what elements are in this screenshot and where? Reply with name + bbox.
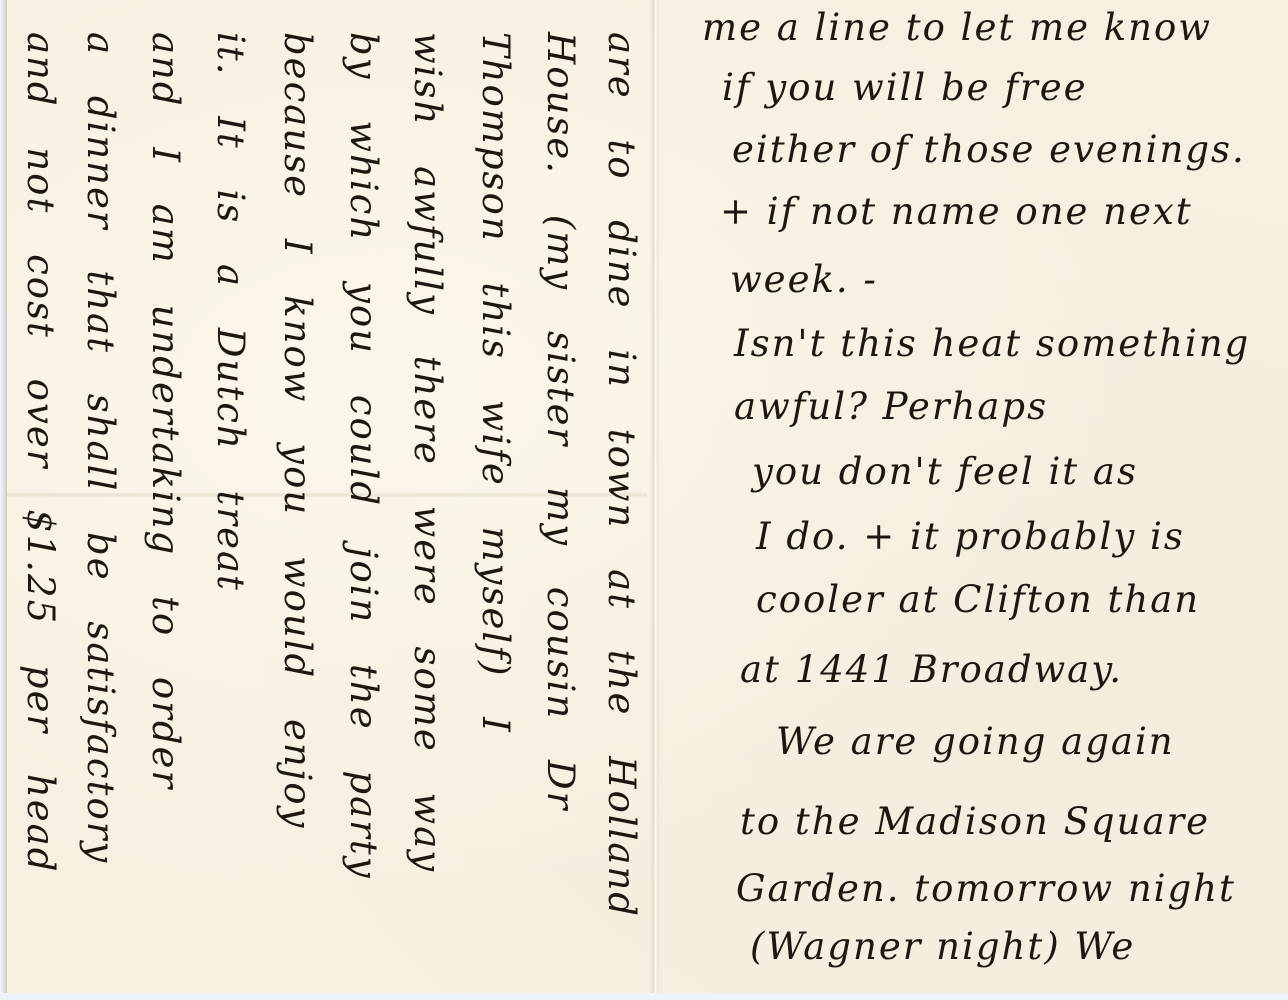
center-fold xyxy=(650,0,660,993)
left-page-line-2: House. (my sister my cousin Dr xyxy=(538,32,582,811)
left-page-line-5: by which you could join the party xyxy=(341,32,385,880)
left-page-line-3: Thompson this wife myself) I xyxy=(473,32,517,734)
letter-scan: are to dine in town at the Holland House… xyxy=(0,0,1288,1000)
right-page-line-13: to the Madison Square xyxy=(740,800,1210,844)
paper-sheet: are to dine in town at the Holland House… xyxy=(7,0,1288,993)
right-page-line-14: Garden. tomorrow night xyxy=(736,867,1236,911)
left-page-line-9: a dinner that shall be satisfactory xyxy=(78,32,122,864)
right-page-line-11: at 1441 Broadway. xyxy=(740,648,1123,692)
right-page-line-5: week. - xyxy=(730,258,878,302)
left-page-line-8: and I am undertaking to order xyxy=(143,32,187,790)
right-page-line-8: you don't feel it as xyxy=(752,450,1138,494)
left-page-line-7: it. It is a Dutch treat xyxy=(208,32,252,592)
left-page-line-6: because I know you would enjoy xyxy=(275,32,319,829)
right-page-line-2: if you will be free xyxy=(722,66,1088,110)
left-page: are to dine in town at the Holland House… xyxy=(7,0,650,993)
right-page-line-1: me a line to let me know xyxy=(702,6,1212,50)
right-page: me a line to let me know if you will be … xyxy=(660,0,1288,993)
right-page-line-6: Isn't this heat something xyxy=(734,322,1250,366)
right-page-line-12: We are going again xyxy=(776,720,1175,764)
left-page-line-1: are to dine in town at the Holland xyxy=(599,32,643,918)
right-page-line-10: cooler at Clifton than xyxy=(756,578,1200,622)
scan-border xyxy=(0,0,7,993)
right-page-line-3: either of those evenings. xyxy=(732,128,1246,172)
left-page-line-10: and not cost over $1.25 per head xyxy=(18,32,62,873)
left-page-line-4: wish awfully there were some way xyxy=(405,32,449,873)
right-page-line-7: awful? Perhaps xyxy=(734,385,1048,429)
right-page-line-9: I do. + it probably is xyxy=(756,515,1185,559)
right-page-line-4: + if not name one next xyxy=(720,190,1193,234)
right-page-line-15: (Wagner night) We xyxy=(750,925,1135,969)
